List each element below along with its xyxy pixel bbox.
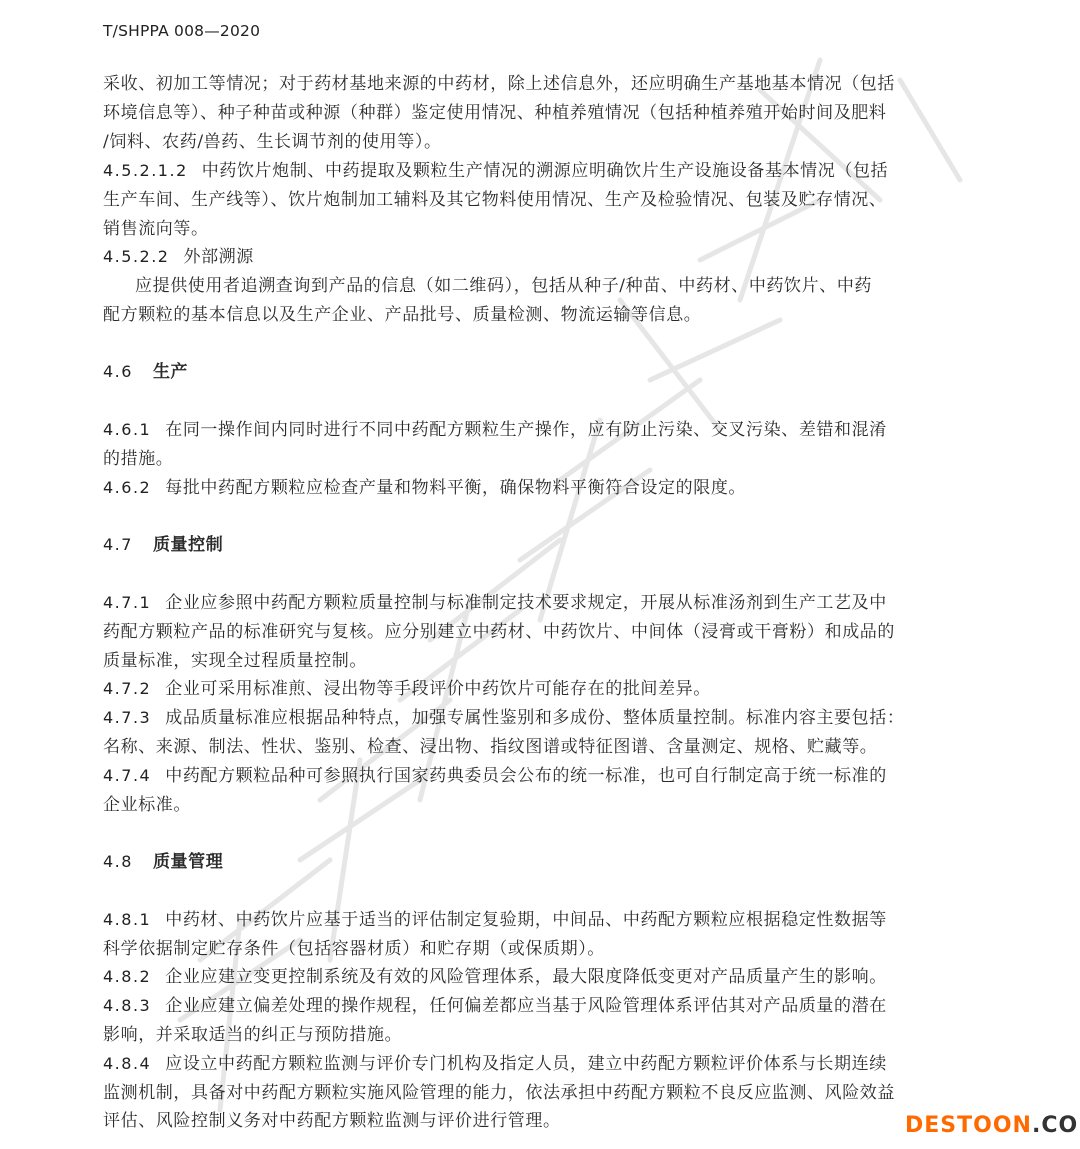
text-line: 环境信息等）、种子种苗或种源（种群）鉴定使用情况、种植养殖情况（包括种植养殖开始… xyxy=(103,102,953,124)
clause-number: 4.7.3 xyxy=(103,708,151,727)
clause-4-8-2: 4.8.2企业应建立变更控制系统及有效的风险管理体系，最大限度降低变更对产品质量… xyxy=(103,966,953,988)
text-line: 评估、风险控制义务对中药配方颗粒监测与评价进行管理。 xyxy=(103,1110,953,1132)
clause-4-6-2: 4.6.2每批中药配方颗粒应检查产量和物料平衡，确保物料平衡符合设定的限度。 xyxy=(103,477,953,499)
text-line: /饲料、农药/兽药、生长调节剂的使用等）。 xyxy=(103,131,953,153)
text-line: 药配方颗粒产品的标准研究与复核。应分别建立中药材、中药饮片、中间体（浸膏或干膏粉… xyxy=(103,621,953,643)
section-title: 生产 xyxy=(153,362,188,382)
clause-4-5-2-2: 4.5.2.2外部溯源 xyxy=(103,246,953,268)
clause-4-8-3: 4.8.3企业应建立偏差处理的操作规程，任何偏差都应当基于风险管理体系评估其对产… xyxy=(103,995,953,1017)
clause-number: 4.8.4 xyxy=(103,1054,151,1073)
clause-number: 4.7.4 xyxy=(103,766,151,785)
clause-number: 4.8.3 xyxy=(103,996,151,1015)
clause-4-7-3: 4.7.3成品质量标准应根据品种特点，加强专属性鉴别和多成份、整体质量控制。标准… xyxy=(103,707,953,729)
clause-number: 4.8.2 xyxy=(103,967,151,986)
clause-text: 成品质量标准应根据品种特点，加强专属性鉴别和多成份、整体质量控制。标准内容主要包… xyxy=(165,708,904,728)
clause-4-8-4: 4.8.4应设立中药配方颗粒监测与评价专门机构及指定人员，建立中药配方颗粒评价体… xyxy=(103,1053,953,1075)
clause-text: 企业应参照中药配方颗粒质量控制与标准制定技术要求规定，开展从标准汤剂到生产工艺及… xyxy=(165,593,887,613)
text-line: 应提供使用者追溯查询到产品的信息（如二维码），包括从种子/种苗、中药材、中药饮片… xyxy=(135,275,985,297)
text-line: 的措施。 xyxy=(103,448,953,470)
clause-number: 4.7.2 xyxy=(103,679,151,698)
document-header: T/SHPPA 008—2020 xyxy=(103,22,260,40)
clause-text: 中药配方颗粒品种可参照执行国家药典委员会公布的统一标准，也可自行制定高于统一标准… xyxy=(165,766,887,786)
text-line: 企业标准。 xyxy=(103,794,953,816)
section-title: 质量管理 xyxy=(153,852,223,872)
clause-number: 4.5.2.2 xyxy=(103,247,169,266)
text-line: 配方颗粒的基本信息以及生产企业、产品批号、质量检测、物流运输等信息。 xyxy=(103,304,953,326)
section-number: 4.8 xyxy=(103,852,133,871)
clause-text: 每批中药配方颗粒应检查产量和物料平衡，确保物料平衡符合设定的限度。 xyxy=(165,478,746,498)
clause-number: 4.6.2 xyxy=(103,478,151,497)
clause-text: 企业应建立变更控制系统及有效的风险管理体系，最大限度降低变更对产品质量产生的影响… xyxy=(165,967,887,987)
clause-4-7-4: 4.7.4中药配方颗粒品种可参照执行国家药典委员会公布的统一标准，也可自行制定高… xyxy=(103,765,953,787)
clause-4-8-1: 4.8.1中药材、中药饮片应基于适当的评估制定复验期，中间品、中药配方颗粒应根据… xyxy=(103,909,953,931)
clause-4-7-2: 4.7.2企业可采用标准煎、浸出物等手段评价中药饮片可能存在的批间差异。 xyxy=(103,678,953,700)
clause-4-6-1: 4.6.1在同一操作间内同时进行不同中药配方颗粒生产操作，应有防止污染、交叉污染… xyxy=(103,419,953,441)
section-number: 4.6 xyxy=(103,362,133,381)
text-line: 质量标准，实现全过程质量控制。 xyxy=(103,650,953,672)
clause-text: 外部溯源 xyxy=(183,247,253,267)
section-heading-4-8: 4.8质量管理 xyxy=(103,851,953,873)
clause-text: 在同一操作间内同时进行不同中药配方颗粒生产操作，应有防止污染、交叉污染、差错和混… xyxy=(165,420,887,440)
clause-number: 4.6.1 xyxy=(103,420,151,439)
brand-name: DESTOON xyxy=(905,1113,1032,1138)
text-line: 名称、来源、制法、性状、鉴别、检查、浸出物、指纹图谱或特征图谱、含量测定、规格、… xyxy=(103,736,953,758)
brand-domain: .COM xyxy=(1032,1113,1080,1138)
text-line: 影响，并采取适当的纠正与预防措施。 xyxy=(103,1024,953,1046)
clause-text: 中药材、中药饮片应基于适当的评估制定复验期，中间品、中药配方颗粒应根据稳定性数据… xyxy=(165,910,887,930)
text-line: 监测机制，具备对中药配方颗粒实施风险管理的能力，依法承担中药配方颗粒不良反应监测… xyxy=(103,1082,953,1104)
clause-text: 应设立中药配方颗粒监测与评价专门机构及指定人员，建立中药配方颗粒评价体系与长期连… xyxy=(165,1054,887,1074)
clause-4-5-2-1-2: 4.5.2.1.2中药饮片炮制、中药提取及颗粒生产情况的溯源应明确饮片生产设施设… xyxy=(103,160,953,182)
clause-number: 4.7.1 xyxy=(103,593,151,612)
clause-text: 企业可采用标准煎、浸出物等手段评价中药饮片可能存在的批间差异。 xyxy=(165,679,711,699)
section-title: 质量控制 xyxy=(153,535,223,555)
section-heading-4-7: 4.7质量控制 xyxy=(103,534,953,556)
clause-number: 4.8.1 xyxy=(103,910,151,929)
clause-4-7-1: 4.7.1企业应参照中药配方颗粒质量控制与标准制定技术要求规定，开展从标准汤剂到… xyxy=(103,592,953,614)
text-line: 采收、初加工等情况；对于药材基地来源的中药材，除上述信息外，还应明确生产基地基本… xyxy=(103,73,953,95)
clause-text: 中药饮片炮制、中药提取及颗粒生产情况的溯源应明确饮片生产设施设备基本情况（包括 xyxy=(202,161,888,181)
brand-logo: DESTOON.COM xyxy=(905,1113,1080,1138)
text-line: 生产车间、生产线等）、饮片炮制加工辅料及其它物料使用情况、生产及检验情况、包装及… xyxy=(103,189,953,211)
text-line: 科学依据制定贮存条件（包括容器材质）和贮存期（或保质期）。 xyxy=(103,938,953,960)
section-number: 4.7 xyxy=(103,535,133,554)
clause-number: 4.5.2.1.2 xyxy=(103,161,188,180)
section-heading-4-6: 4.6生产 xyxy=(103,361,953,383)
text-line: 销售流向等。 xyxy=(103,218,953,240)
clause-text: 企业应建立偏差处理的操作规程，任何偏差都应当基于风险管理体系评估其对产品质量的潜… xyxy=(165,996,887,1016)
